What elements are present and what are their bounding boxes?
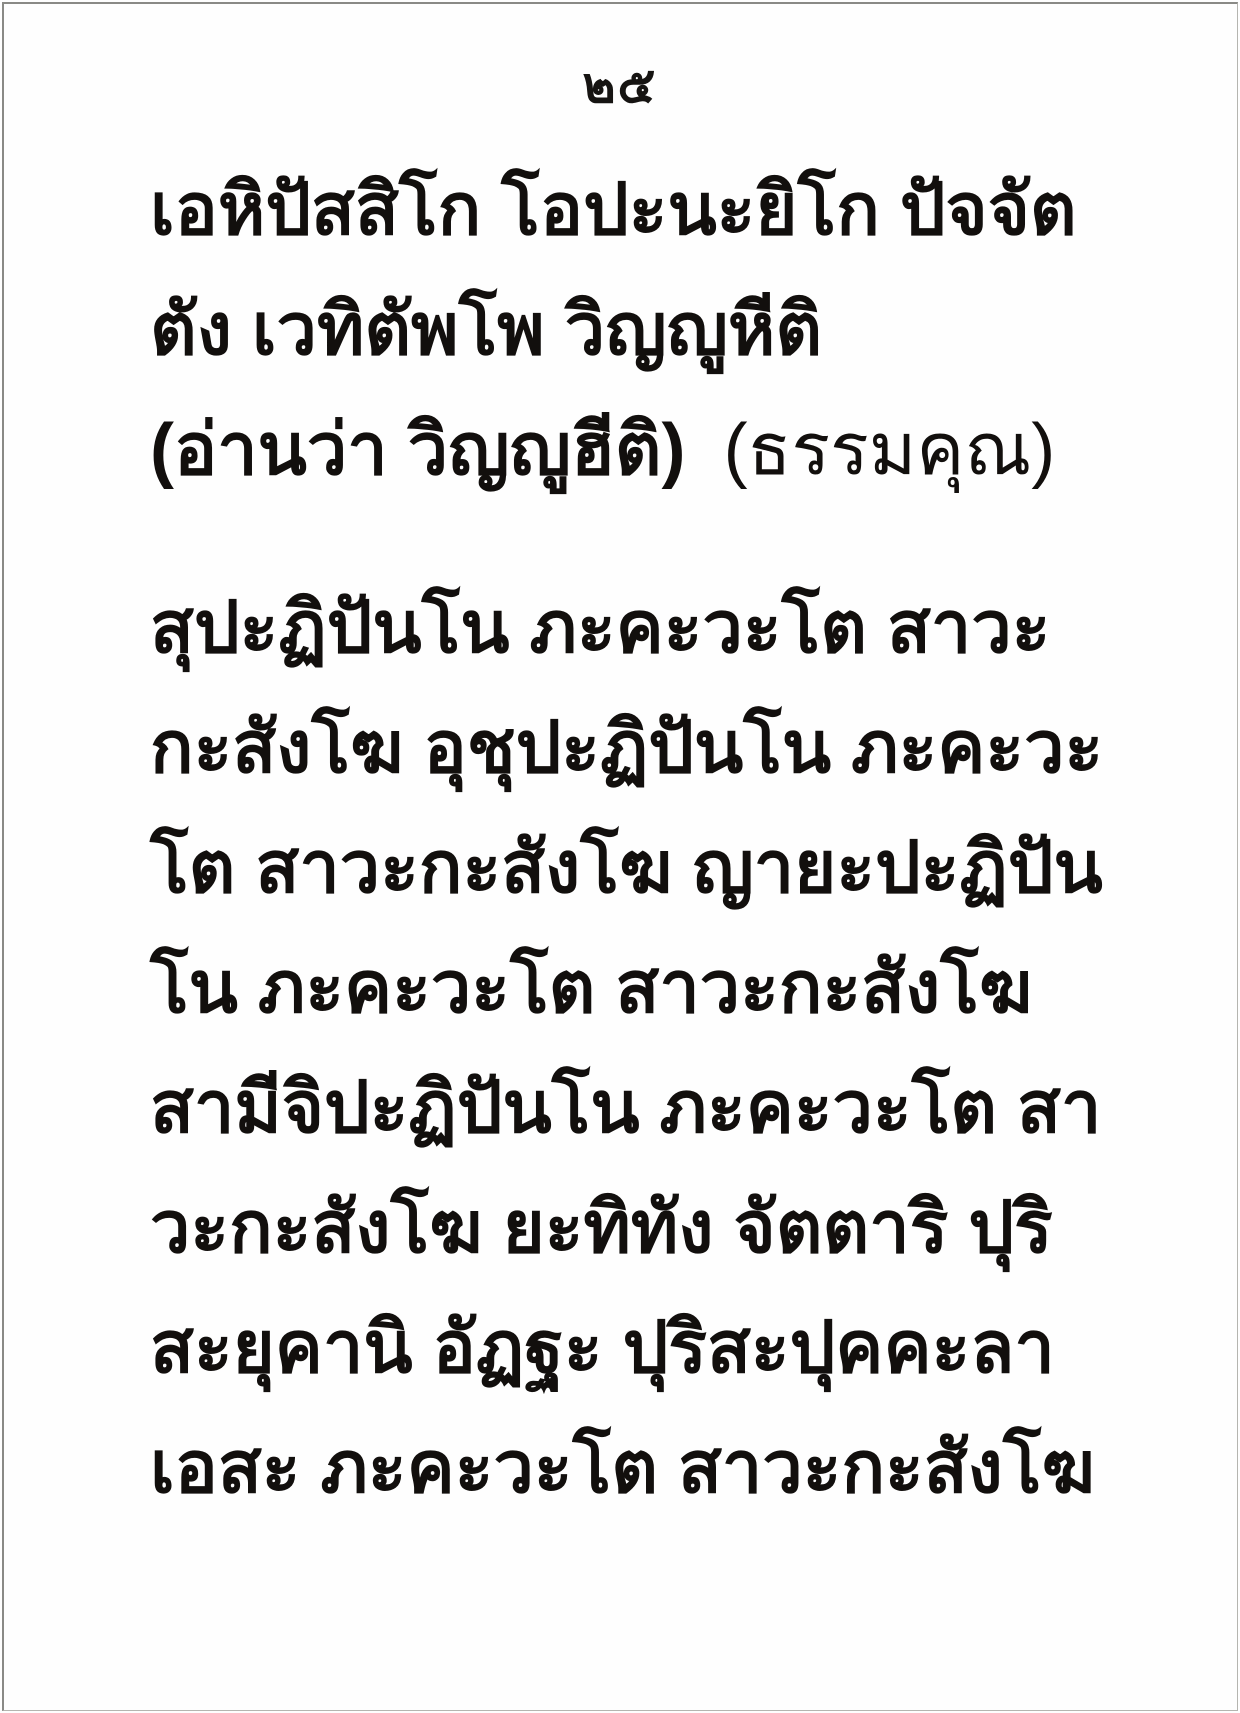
text-line: สุปะฏิปันโน ภะคะวะโต สาวะ xyxy=(150,568,1170,688)
scanned-book-page: ๒๕ เอหิปัสสิโก โอปะนะยิโก ปัจจัต ตัง เวท… xyxy=(0,0,1240,1713)
text-line: สามีจิปะฏิปันโน ภะคะวะโต สา xyxy=(150,1048,1170,1168)
text-line: โต สาวะกะสังโฆ ญายะปะฏิปัน xyxy=(150,808,1170,928)
text-line: เอสะ ภะคะวะโต สาวะกะสังโฆ xyxy=(150,1408,1170,1528)
text-line: วะกะสังโฆ ยะทิทัง จัตตาริ ปุริ xyxy=(150,1168,1170,1288)
text-line: (อ่านว่า วิญญูฮีติ) (ธรรมคุณ) xyxy=(150,390,1170,510)
text-line: โน ภะคะวะโต สาวะกะสังโฆ xyxy=(150,928,1170,1048)
section-label-dhamma-guna: (ธรรมคุณ) xyxy=(724,410,1056,490)
page-number: ๒๕ xyxy=(0,46,1240,125)
text-line: สะยุคานิ อัฏฐะ ปุริสะปุคคะลา xyxy=(150,1288,1170,1408)
paragraph-sangha-guna: สุปะฏิปันโน ภะคะวะโต สาวะ กะสังโฆ อุชุปะ… xyxy=(150,568,1170,1528)
text-line: เอหิปัสสิโก โอปะนะยิโก ปัจจัต xyxy=(150,150,1170,270)
text-line: ตัง เวทิตัพโพ วิญญูหีติ xyxy=(150,270,1170,390)
text-line: กะสังโฆ อุชุปะฏิปันโน ภะคะวะ xyxy=(150,688,1170,808)
reading-guide-text: (อ่านว่า วิญญูฮีติ) xyxy=(150,410,686,490)
paragraph-dhamma-guna: เอหิปัสสิโก โอปะนะยิโก ปัจจัต ตัง เวทิตั… xyxy=(150,150,1170,510)
